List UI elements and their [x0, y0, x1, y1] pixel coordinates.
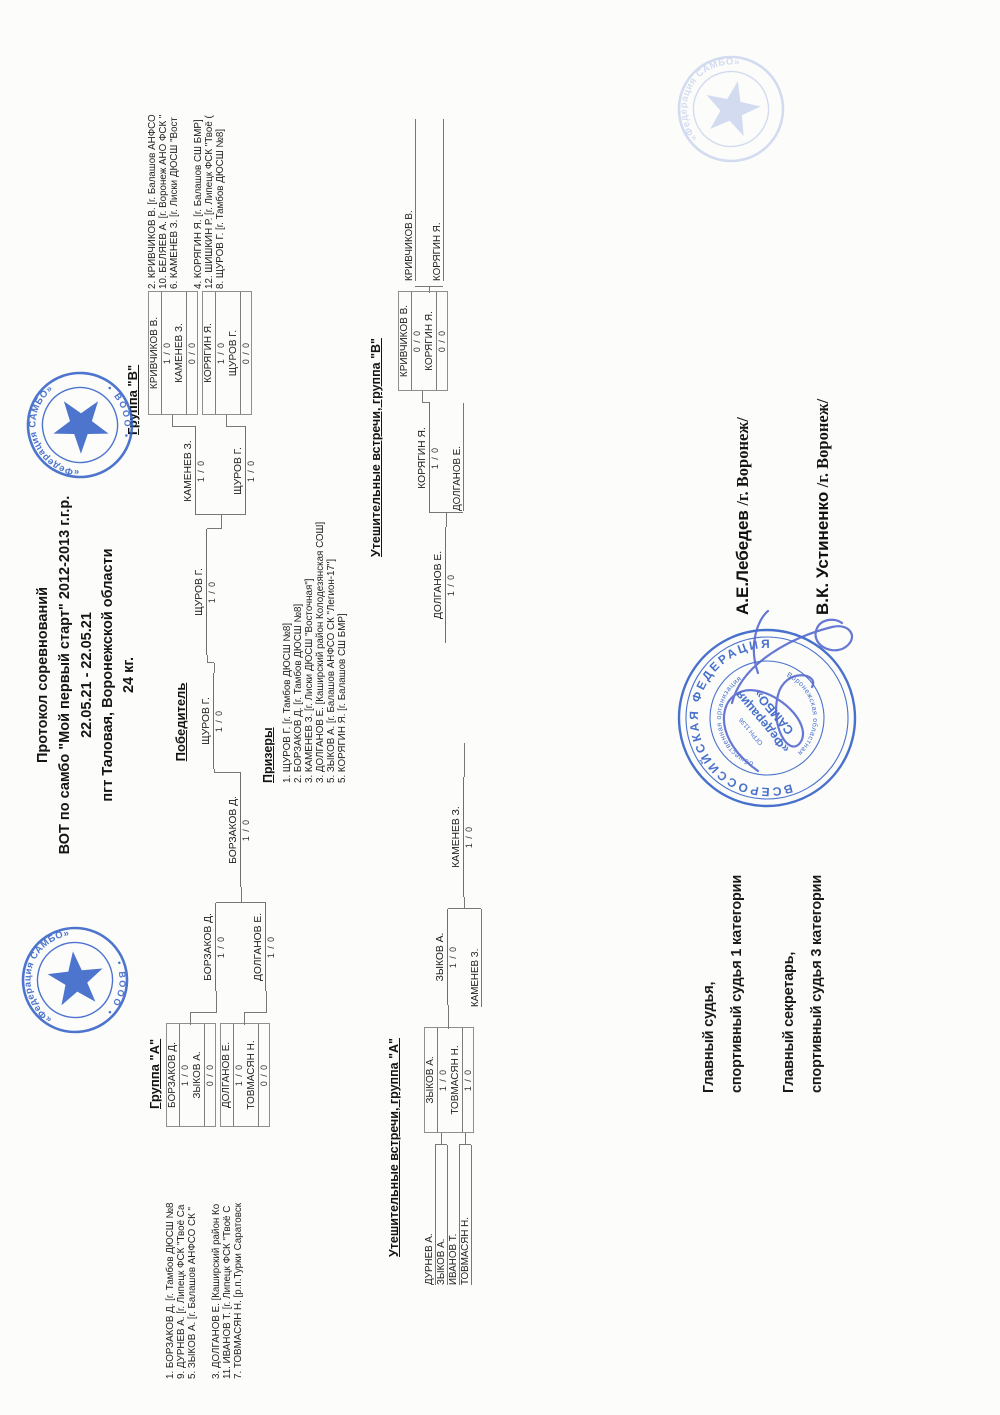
star-icon — [45, 391, 112, 460]
bracket-score: 1 / 0 — [216, 903, 227, 991]
bracket-name: БОРЗАКОВ Д. — [167, 1024, 180, 1126]
prize-item: 1. ЩУРОВ Г. [г. Тамбов ДЮСШ №8] — [283, 623, 294, 783]
bracket-name: ЩУРОВ Г. — [228, 292, 241, 414]
bracket-line — [214, 769, 215, 773]
prize-item: 2. БОРЗАКОВ Д. [г. Тамбов ДЮСШ №8] — [294, 604, 305, 783]
bracket-name: КОРЯГИН Я. — [424, 292, 437, 390]
bracket-line — [244, 1012, 266, 1013]
bracket-name: КАМЕНЕВ З. — [451, 777, 464, 897]
bracket-line — [464, 897, 465, 909]
bracket-name: ЩУРОВ Г. — [194, 529, 207, 655]
bracket-line — [214, 772, 241, 773]
group-b-round2-box-1: КРИВЧИКОВ В. 1 / 0 КАМЕНЕВ З. 0 / 0 — [148, 291, 198, 415]
consolation-a-entry: ЗЫКОВ А. — [436, 1145, 448, 1285]
bracket-score: 0 / 0 — [412, 292, 424, 390]
chief-judge-city: /г. Воронеж/ — [733, 417, 752, 506]
prize-item: 3. ДОЛГАНОВ Е. [Каширский район Колодезя… — [316, 522, 327, 783]
bracket-score: 0 / 0 — [205, 1024, 217, 1126]
group-a-entry: 9. ДУРНЕВ А. [г. Липецк ФСК "Твоё Са — [177, 1205, 188, 1379]
bracket-name: ТОВМАСЯН Н. — [246, 1024, 259, 1126]
group-a-entry: 1. БОРЗАКОВ Д. [г. Тамбов ДЮСШ №8 — [166, 1203, 177, 1379]
consolation-a-entrant: КАМЕНЕВ З. — [470, 909, 482, 1007]
bracket-name: ДОЛГАНОВ Е. — [253, 903, 266, 991]
bracket-line — [448, 1005, 449, 1029]
bracket-name: КОРЯГИН Я. — [417, 403, 430, 513]
consolation-a-round2-box: ЗЫКОВ А. 1 / 0 ТОВМАСЯН Н. 1 / 0 — [424, 1027, 474, 1133]
chief-judge-signature: А.Е.Лебедев /г. Воронеж/ — [734, 417, 752, 615]
bracket-score: 0 / 0 — [241, 292, 253, 414]
chief-judge-role-line-1: Главный судья, — [702, 982, 718, 1093]
winner-name: ЩУРОВ Г. — [201, 673, 214, 769]
winner-label: Победитель — [174, 669, 188, 775]
group-b-entry: 10. БЕЛЯЕВ А. [г. Воронеж АНО ФСК " — [159, 115, 170, 289]
winner-node: ЩУРОВ Г. 1 / 0 — [201, 673, 225, 769]
bracket-line — [190, 1012, 216, 1013]
bracket-name: ЗЫКОВ А. — [192, 1024, 205, 1126]
prize-item: 5. ЗЫКОВ А. [г. Балашов АНФСО СК "Легион… — [327, 559, 338, 783]
consolation-a-final: КАМЕНЕВ З. 1 / 0 — [451, 777, 475, 897]
group-a-label: Группа "А" — [148, 1039, 162, 1109]
consolation-b-entry: КОРЯГИН Я. — [432, 119, 444, 281]
bracket-score: 1 / 0 — [216, 292, 228, 414]
bracket-name: ДОЛГАНОВ Е. — [433, 527, 446, 643]
bracket-name: КАМЕНЕВ З. — [183, 427, 196, 515]
bracket-score: 1 / 0 — [162, 292, 174, 414]
bracket-line — [214, 663, 215, 673]
bracket-score: 1 / 0 — [430, 403, 441, 513]
bracket-score: 1 / 0 — [207, 529, 218, 655]
bracket-name: КРИВЧИКОВ В. — [399, 292, 412, 390]
bracket-line — [446, 513, 447, 527]
bracket-line — [241, 887, 242, 903]
bracket-score: 1 / 0 — [241, 773, 252, 887]
consolation-b-entry: КРИВЧИКОВ В. — [404, 119, 416, 281]
scanned-protocol: Протокол соревнований ВОТ по самбо "Мой … — [0, 0, 1000, 1415]
bracket-score: 0 / 0 — [187, 292, 199, 414]
consolation-b-round2-box: КРИВЧИКОВ В. 0 / 0 КОРЯГИН Я. 0 / 0 — [398, 291, 448, 391]
bracket-score: 1 / 0 — [234, 1024, 246, 1126]
bracket-line — [266, 991, 267, 1013]
bracket-score: 1 / 0 — [180, 1024, 192, 1126]
consolation-b-semi: КОРЯГИН Я. 1 / 0 — [417, 403, 441, 513]
chief-secretary-city: /г. Воронеж/ — [813, 399, 832, 488]
group-b-finalist: ЩУРОВ Г. 1 / 0 — [194, 529, 218, 655]
bracket-score: 1 / 0 — [464, 777, 475, 897]
star-icon — [42, 947, 105, 1012]
bracket-score: 1 / 0 — [266, 903, 277, 991]
bracket-line — [207, 655, 208, 663]
bracket-score: 1 / 0 — [196, 427, 207, 515]
chief-secretary-role-line-2: спортивный судья 3 категории — [810, 875, 826, 1093]
bracket-score: 1 / 0 — [446, 527, 457, 643]
group-a-entry: 3. ДОЛГАНОВ Е. [Каширский район Ко — [212, 1204, 223, 1379]
bracket-name: ЩУРОВ Г. — [233, 427, 246, 515]
bracket-line — [216, 991, 217, 1013]
group-b-entry: 4. КОРЯГИН Я. [г. Балашов СШ БМР] — [194, 119, 205, 289]
scan-page: Протокол соревнований ВОТ по самбо "Мой … — [0, 0, 1000, 1415]
group-a-entry: 11. ИВАНОВ Т. [г. Липецк ФСК "Твоё С — [223, 1206, 234, 1379]
bracket-name: БОРЗАКОВ Д. — [228, 773, 241, 887]
bracket-score: 0 / 0 — [259, 1024, 271, 1126]
svg-text:«Федерация САМБО»: «Федерация САМБО» — [15, 382, 83, 489]
consolation-a-semi: ЗЫКОВ А. 1 / 0 — [435, 909, 459, 1005]
winner-score: 1 / 0 — [214, 673, 225, 769]
group-a-semi-2: ДОЛГАНОВ Е. 1 / 0 — [253, 903, 277, 991]
bracket-score: 1 / 0 — [448, 909, 459, 1005]
group-a-finalist: БОРЗАКОВ Д. 1 / 0 — [228, 773, 252, 887]
bracket-line — [221, 515, 222, 529]
bracket-name: ЗЫКОВ А. — [435, 909, 448, 1005]
consolation-a-entry: ИВАНОВ Т. — [448, 1145, 460, 1285]
bracket-line — [441, 1133, 442, 1145]
group-a-round2-box-2: ДОЛГАНОВ Е. 1 / 0 ТОВМАСЯН Н. 0 / 0 — [220, 1023, 270, 1127]
group-b-semi-2: ЩУРОВ Г. 1 / 0 — [233, 427, 257, 515]
bracket-line — [465, 1133, 466, 1145]
bracket-name: КАМЕНЕВ З. — [174, 292, 187, 414]
group-b-entry: 12. ШИШКИН Р. [г. Липецк ФСК "Твоё ( — [205, 115, 216, 289]
group-a-entry: 5. ЗЫКОВ А. [г. Балашов АНФСО СК " — [188, 1207, 199, 1379]
chief-secretary-signature: В.К. Устиненко /г. Воронеж/ — [814, 399, 832, 615]
group-a-round2-box-1: БОРЗАКОВ Д. 1 / 0 ЗЫКОВ А. 0 / 0 — [166, 1023, 216, 1127]
bracket-score: 1 / 0 — [438, 1028, 450, 1132]
consolation-b-entrant: ДОЛГАНОВ Е. — [452, 403, 464, 511]
chief-secretary-role-line-1: Главный секретарь, — [782, 952, 798, 1093]
bracket-score: 1 / 0 — [463, 1028, 475, 1132]
prize-item: 5. КОРЯГИН Я. [г. Балашов СШ БМР] — [338, 613, 349, 783]
bracket-name: ДОЛГАНОВ Е. — [221, 1024, 234, 1126]
group-b-entry: 6. КАМЕНЕВ З. [г. Лиски ДЮСШ "Вост — [170, 117, 181, 289]
chief-judge-role-line-2: спортивный судья 1 категории — [730, 875, 746, 1093]
bracket-score: 0 / 0 — [437, 292, 449, 390]
consolation-a-label: Утешительные встречи, группа "А" — [388, 1038, 402, 1257]
bracket-name: ЗЫКОВ А. — [425, 1028, 438, 1132]
group-b-round2-box-2: КОРЯГИН Я. 1 / 0 ЩУРОВ Г. 0 / 0 — [202, 291, 252, 415]
faint-round-stamp: «Федерация САМБО» — [656, 34, 806, 184]
bracket-name: ТОВМАСЯН Н. — [450, 1028, 463, 1132]
group-b-entry: 2. КРИВЧИКОВ В. [г. Балашов АНФСО — [148, 114, 159, 289]
group-a-entry: 7. ТОВМАСЯН Н. [р.п.Турки Саратовск — [234, 1203, 245, 1379]
bracket-name: БОРЗАКОВ Д. — [203, 903, 216, 991]
consolation-a-entry: ТОВМАСЯН Н. — [460, 1145, 472, 1285]
group-b-semi-1: КАМЕНЕВ З. 1 / 0 — [183, 427, 207, 515]
bracket-line — [190, 1013, 191, 1025]
group-b-entry: 8. ЩУРОВ Г. [г. Тамбов ДЮСШ №8] — [216, 129, 227, 289]
bracket-name: КРИВЧИКОВ В. — [149, 292, 162, 414]
all-russian-federation-stamp: ВСЕРОССИЙСКАЯ ФЕДЕРАЦИЯ общественная орг… — [662, 593, 877, 823]
stamp-ring-text: «Федерация САМБО» — [15, 382, 83, 489]
consolation-a-entry: ДУРНЕВ А. — [424, 1145, 436, 1285]
prize-item: 3. КАМЕНЕВ З. [г. Лиски ДЮСШ "Восточная"… — [305, 578, 316, 783]
sambo-federation-round-stamp: «Федерация САМБО» • ВООО • — [10, 915, 140, 1045]
bracket-line — [207, 662, 214, 663]
consolation-b-final: ДОЛГАНОВ Е. 1 / 0 — [433, 527, 457, 643]
bracket-score: 1 / 0 — [246, 427, 257, 515]
bracket-name: КОРЯГИН Я. — [203, 292, 216, 414]
group-a-semi-1: БОРЗАКОВ Д. 1 / 0 — [203, 903, 227, 991]
bracket-line — [464, 743, 465, 777]
consolation-b-label: Утешительные встречи, группа "В" — [370, 338, 384, 557]
prizes-label: Призеры — [262, 727, 276, 783]
bracket-line — [244, 1013, 245, 1025]
